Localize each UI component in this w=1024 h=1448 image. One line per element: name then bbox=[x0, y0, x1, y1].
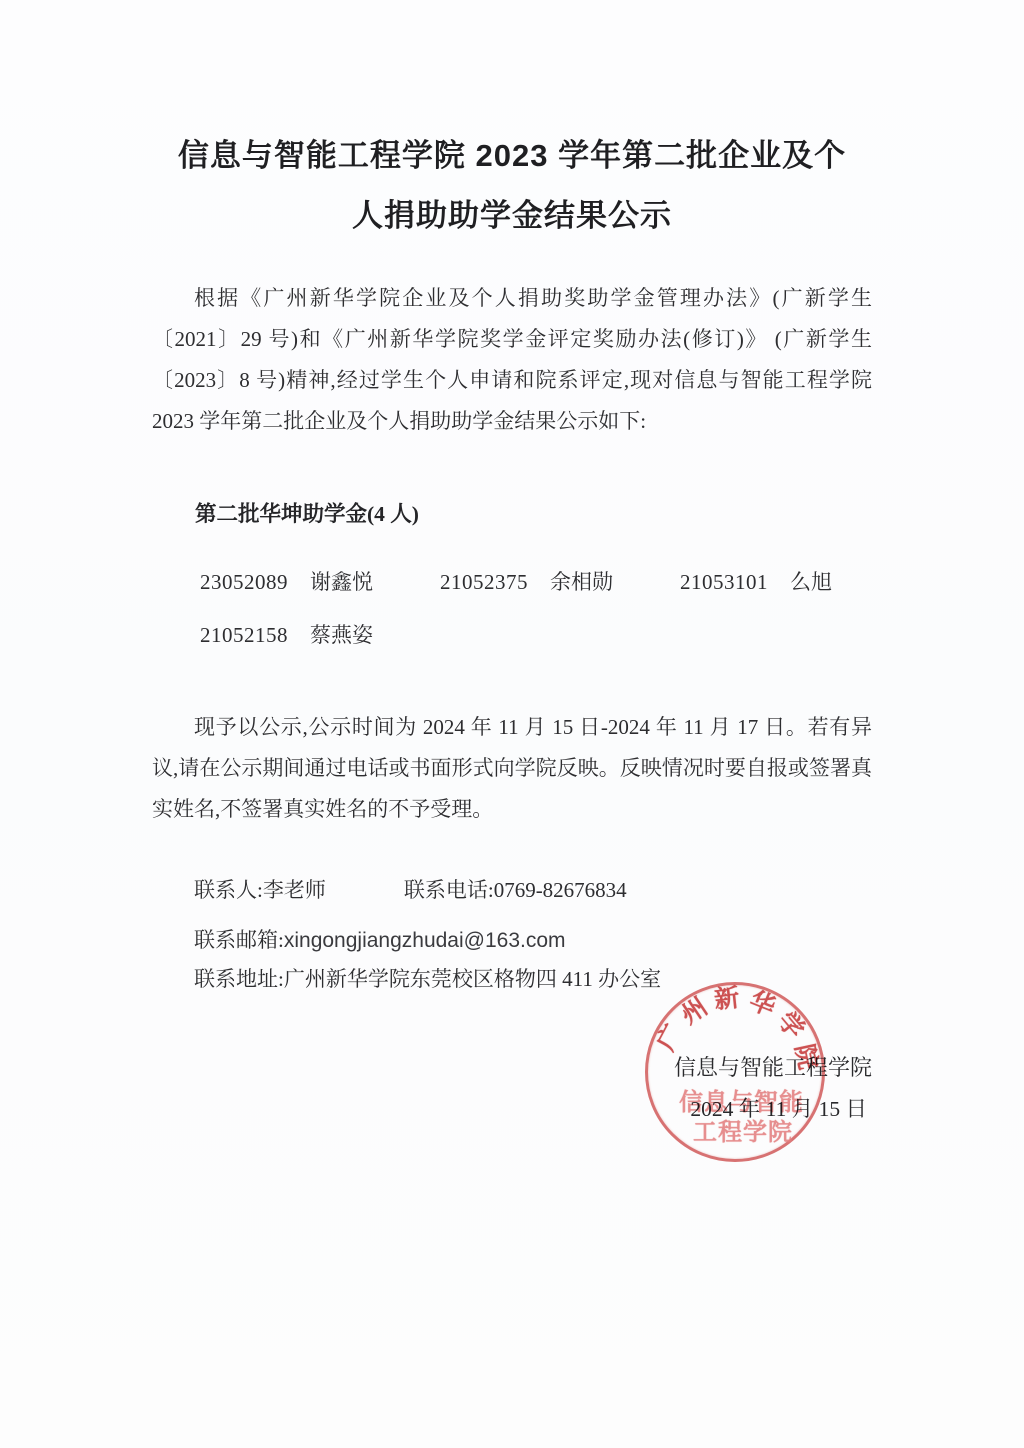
seal-arc-char: 华 bbox=[745, 988, 779, 1022]
student-entry: 21053101么旭 bbox=[680, 566, 920, 619]
student-name: 谢鑫悦 bbox=[310, 570, 373, 594]
contact-address-label: 联系地址: bbox=[194, 967, 284, 991]
document-title: 信息与智能工程学院 2023 学年第二批企业及个人捐助助学金结果公示 bbox=[172, 126, 852, 246]
contact-email-label: 联系邮箱: bbox=[194, 928, 284, 952]
seal-arc-char: 学 bbox=[772, 1008, 809, 1045]
student-id: 23052089 bbox=[200, 570, 288, 594]
contact-email-line: 联系邮箱:xingongjiangzhudai@163.com bbox=[194, 924, 566, 954]
intro-paragraph: 根据《广州新华学院企业及个人捐助奖助学金管理办法》(广新学生〔2021〕29 号… bbox=[152, 278, 872, 442]
scholarship-section-heading: 第二批华坤助学金(4 人) bbox=[152, 497, 872, 528]
contact-phone-value: 0769-82676834 bbox=[494, 878, 627, 902]
signature-department: 信息与智能工程学院 bbox=[674, 1051, 872, 1082]
student-entry: 21052375余相勋 bbox=[440, 566, 680, 619]
seal-arc-char: 新 bbox=[713, 986, 742, 1015]
student-entry: 21052158蔡燕姿 bbox=[200, 619, 440, 672]
contact-email-value: xingongjiangzhudai@163.com bbox=[284, 929, 566, 952]
signature-date: 2024 年 11 月 15 日 bbox=[690, 1092, 867, 1123]
student-id: 21053101 bbox=[680, 570, 768, 594]
student-entry: 23052089谢鑫悦 bbox=[200, 566, 440, 619]
contact-person-value: 李老师 bbox=[263, 878, 326, 902]
student-name: 么旭 bbox=[790, 570, 832, 594]
student-id: 21052375 bbox=[440, 570, 528, 594]
notice-paragraph: 现予以公示,公示时间为 2024 年 11 月 15 日-2024 年 11 月… bbox=[152, 707, 872, 830]
contact-phone-label: 联系电话: bbox=[404, 878, 494, 902]
document-page: 信息与智能工程学院 2023 学年第二批企业及个人捐助助学金结果公示 根据《广州… bbox=[0, 0, 1024, 1448]
contact-address-line: 联系地址:广州新华学院东莞校区格物四 411 办公室 bbox=[194, 963, 661, 993]
student-name: 余相勋 bbox=[550, 570, 613, 594]
contact-address-value: 广州新华学院东莞校区格物四 411 办公室 bbox=[284, 967, 661, 991]
student-id: 21052158 bbox=[200, 623, 288, 647]
contact-person-label: 联系人: bbox=[194, 878, 263, 902]
contact-person-line: 联系人:李老师联系电话:0769-82676834 bbox=[194, 874, 627, 904]
student-list: 23052089谢鑫悦 21052375余相勋 21053101么旭 21052… bbox=[200, 566, 940, 672]
seal-arc-char: 州 bbox=[677, 994, 713, 1030]
student-name: 蔡燕姿 bbox=[310, 623, 373, 647]
